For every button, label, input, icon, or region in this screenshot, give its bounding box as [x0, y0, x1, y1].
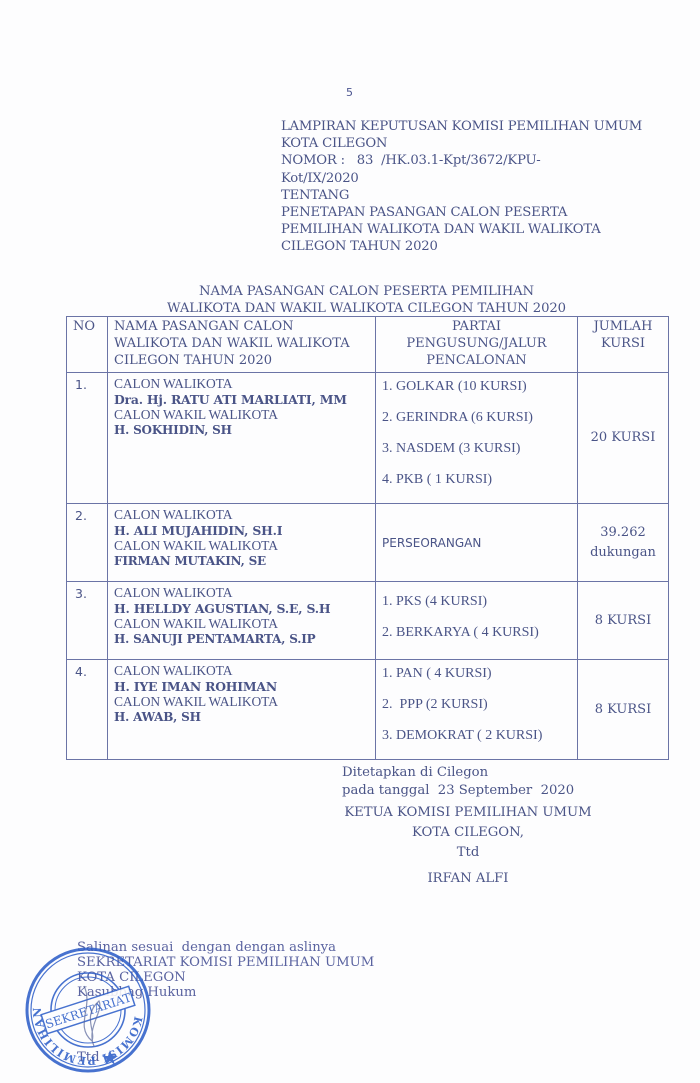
- seat-count: 8 KURSI: [578, 582, 669, 660]
- header-partai-line: PENCALONAN: [376, 352, 577, 369]
- row-no: 2.: [67, 504, 108, 582]
- wakil-name: FIRMAN MUTAKIN, SE: [114, 554, 375, 570]
- party-item: PERSEORANGAN: [382, 536, 577, 550]
- candidate-pair: CALON WALIKOTA H. ALI MUJAHIDIN, SH.I CA…: [108, 504, 376, 582]
- signature-name: IRFAN ALFI: [342, 869, 594, 889]
- header-partai: PARTAI PENGUSUNG/JALUR PENCALONAN: [376, 317, 578, 373]
- walikota-label: CALON WALIKOTA: [114, 585, 375, 601]
- party-item: 1. PAN ( 4 KURSI): [382, 666, 577, 697]
- table-row: 2. CALON WALIKOTA H. ALI MUJAHIDIN, SH.I…: [67, 504, 669, 582]
- party-list: 1. PAN ( 4 KURSI) 2. PPP (2 KURSI) 3. DE…: [376, 660, 578, 760]
- candidates-table: NO NAMA PASANGAN CALON WALIKOTA DAN WAKI…: [66, 316, 669, 760]
- walikota-name: H. ALI MUJAHIDIN, SH.I: [114, 523, 375, 539]
- header-partai-line: PARTAI: [376, 318, 577, 335]
- wakil-name: H. AWAB, SH: [114, 710, 375, 726]
- lampiran-line: KOTA CILEGON: [281, 135, 642, 152]
- party-item: 1. PKS (4 KURSI): [382, 594, 577, 625]
- party-list: 1. GOLKAR (10 KURSI) 2. GERINDRA (6 KURS…: [376, 373, 578, 504]
- header-nama-line: NAMA PASANGAN CALON: [114, 318, 375, 335]
- party-item: 2. BERKARYA ( 4 KURSI): [382, 625, 577, 656]
- party-list: 1. PKS (4 KURSI) 2. BERKARYA ( 4 KURSI): [376, 582, 578, 660]
- lampiran-line: LAMPIRAN KEPUTUSAN KOMISI PEMILIHAN UMUM: [281, 118, 642, 135]
- lampiran-line: TENTANG: [281, 187, 642, 204]
- table-title-line1: NAMA PASANGAN CALON PESERTA PEMILIHAN: [66, 283, 667, 300]
- lampiran-line: NOMOR : 83 /HK.03.1-Kpt/3672/KPU-: [281, 152, 642, 169]
- header-no: NO: [67, 317, 108, 373]
- header-partai-line: PENGUSUNG/JALUR: [376, 335, 577, 352]
- table-row: 1. CALON WALIKOTA Dra. Hj. RATU ATI MARL…: [67, 373, 669, 504]
- wakil-name: H. SANUJI PENTAMARTA, S.IP: [114, 632, 375, 648]
- signature-title2: KOTA CILEGON,: [342, 823, 594, 843]
- walikota-name: Dra. Hj. RATU ATI MARLIATI, MM: [114, 392, 375, 408]
- table-title-line2: WALIKOTA DAN WAKIL WALIKOTA CILEGON TAHU…: [66, 300, 667, 317]
- seat-count: 39.262 dukungan: [578, 504, 669, 582]
- candidate-pair: CALON WALIKOTA H. IYE IMAN ROHIMAN CALON…: [108, 660, 376, 760]
- signature-block: Ditetapkan di Cilegon pada tanggal 23 Se…: [342, 764, 574, 800]
- support-count-unit: dukungan: [578, 543, 668, 563]
- table-header-row: NO NAMA PASANGAN CALON WALIKOTA DAN WAKI…: [67, 317, 669, 373]
- wakil-label: CALON WAKIL WALIKOTA: [114, 616, 375, 632]
- seat-count-value: 20 KURSI: [578, 428, 668, 448]
- walikota-name: H. HELLDY AGUSTIAN, S.E, S.H: [114, 601, 375, 617]
- header-nama-line: WALIKOTA DAN WAKIL WALIKOTA: [114, 335, 375, 352]
- row-no: 3.: [67, 582, 108, 660]
- official-stamp-icon: KOMISI PEMILIHAN UMUM KOTA CILEGON SEKRE…: [24, 946, 152, 1074]
- party-list: PERSEORANGAN: [376, 504, 578, 582]
- party-item: 1. GOLKAR (10 KURSI): [382, 379, 577, 410]
- party-item: 4. PKB ( 1 KURSI): [382, 472, 577, 503]
- header-jumlah-line: JUMLAH: [578, 318, 668, 335]
- seat-count-value: 8 KURSI: [578, 700, 668, 720]
- party-item: 2. GERINDRA (6 KURSI): [382, 410, 577, 441]
- wakil-label: CALON WAKIL WALIKOTA: [114, 538, 375, 554]
- party-item: 3. DEMOKRAT ( 2 KURSI): [382, 728, 577, 759]
- seat-count: 20 KURSI: [578, 373, 669, 504]
- header-jumlah: JUMLAH KURSI: [578, 317, 669, 373]
- party-item: 2. PPP (2 KURSI): [382, 697, 577, 728]
- wakil-label: CALON WAKIL WALIKOTA: [114, 694, 375, 710]
- row-no: 4.: [67, 660, 108, 760]
- walikota-name: H. IYE IMAN ROHIMAN: [114, 679, 375, 695]
- candidate-pair: CALON WALIKOTA H. HELLDY AGUSTIAN, S.E, …: [108, 582, 376, 660]
- table-title: NAMA PASANGAN CALON PESERTA PEMILIHAN WA…: [66, 283, 667, 317]
- seat-count-value: 8 KURSI: [578, 611, 668, 631]
- signature-ttd: Ttd: [342, 843, 594, 863]
- support-count-value: 39.262: [578, 523, 668, 543]
- table-row: 4. CALON WALIKOTA H. IYE IMAN ROHIMAN CA…: [67, 660, 669, 760]
- lampiran-line: CILEGON TAHUN 2020: [281, 238, 642, 255]
- wakil-label: CALON WAKIL WALIKOTA: [114, 407, 375, 423]
- lampiran-header: LAMPIRAN KEPUTUSAN KOMISI PEMILIHAN UMUM…: [281, 118, 642, 256]
- candidate-pair: CALON WALIKOTA Dra. Hj. RATU ATI MARLIAT…: [108, 373, 376, 504]
- wakil-name: H. SOKHIDIN, SH: [114, 423, 375, 439]
- walikota-label: CALON WALIKOTA: [114, 663, 375, 679]
- lampiran-line: PEMILIHAN WALIKOTA DAN WAKIL WALIKOTA: [281, 221, 642, 238]
- header-jumlah-line: KURSI: [578, 335, 668, 352]
- party-item: 3. NASDEM (3 KURSI): [382, 441, 577, 472]
- signature-date: pada tanggal 23 September 2020: [342, 782, 574, 800]
- header-nama: NAMA PASANGAN CALON WALIKOTA DAN WAKIL W…: [108, 317, 376, 373]
- walikota-label: CALON WALIKOTA: [114, 376, 375, 392]
- header-nama-line: CILEGON TAHUN 2020: [114, 352, 375, 369]
- row-no: 1.: [67, 373, 108, 504]
- lampiran-line: PENETAPAN PASANGAN CALON PESERTA: [281, 204, 642, 221]
- lampiran-line: Kot/IX/2020: [281, 170, 642, 187]
- signature-title1: KETUA KOMISI PEMILIHAN UMUM: [342, 803, 594, 823]
- walikota-label: CALON WALIKOTA: [114, 507, 375, 523]
- signature-place: Ditetapkan di Cilegon: [342, 764, 574, 782]
- table-row: 3. CALON WALIKOTA H. HELLDY AGUSTIAN, S.…: [67, 582, 669, 660]
- seat-count: 8 KURSI: [578, 660, 669, 760]
- signature-title-block: KETUA KOMISI PEMILIHAN UMUM KOTA CILEGON…: [342, 803, 594, 889]
- page-number: 5: [346, 86, 353, 99]
